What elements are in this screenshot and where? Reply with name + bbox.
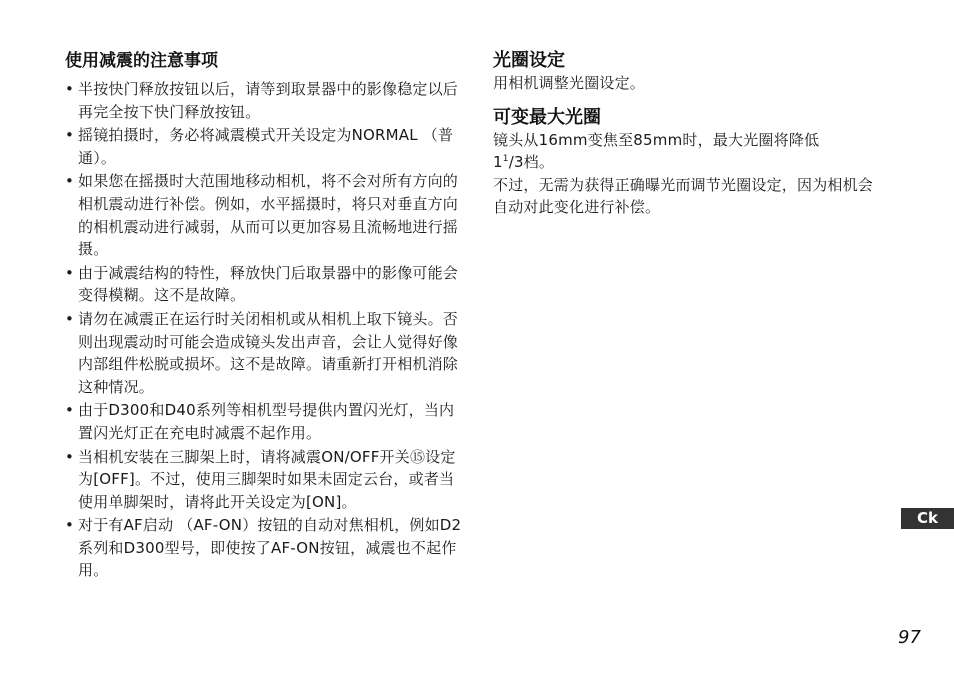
list-item: •由于D300和D40系列等相机型号提供内置闪光灯，当内置闪光灯正在充电时减震不… (65, 399, 465, 444)
vr-notes-list: •半按快门释放按钮以后，请等到取景器中的影像稳定以后再完全按下快门释放按钮。 •… (65, 78, 465, 582)
bullet-icon: • (65, 124, 74, 147)
list-item-text: 当相机安装在三脚架上时，请将减震ON/OFF开关⑮设定为[OFF]。不过，使用三… (78, 448, 456, 511)
bullet-icon: • (65, 399, 74, 422)
list-item-text: 由于D300和D40系列等相机型号提供内置闪光灯，当内置闪光灯正在充电时减震不起… (78, 401, 454, 442)
list-item-text: 请勿在减震正在运行时关闭相机或从相机上取下镜头。否则出现震动时可能会造成镜头发出… (78, 310, 458, 396)
section-title-aperture: 光圈设定 (493, 50, 883, 72)
variable-aperture-text-1: 镜头从16mm变焦至85mm时，最大光圈将降低11/3档。 (493, 129, 883, 174)
list-item-text: 半按快门释放按钮以后，请等到取景器中的影像稳定以后再完全按下快门释放按钮。 (78, 80, 458, 121)
list-item: •请勿在减震正在运行时关闭相机或从相机上取下镜头。否则出现震动时可能会造成镜头发… (65, 308, 465, 398)
bullet-icon: • (65, 514, 74, 537)
variable-aperture-text-2: 不过，无需为获得正确曝光而调节光圈设定，因为相机会自动对此变化进行补偿。 (493, 174, 883, 219)
list-item-text: 摇镜拍摄时，务必将减震模式开关设定为NORMAL （普通）。 (78, 126, 453, 167)
list-item: •半按快门释放按钮以后，请等到取景器中的影像稳定以后再完全按下快门释放按钮。 (65, 78, 465, 123)
vr-notes-section: 使用减震的注意事项 •半按快门释放按钮以后，请等到取景器中的影像稳定以后再完全按… (65, 50, 465, 583)
language-tab: Ck (901, 508, 954, 529)
bullet-icon: • (65, 446, 74, 469)
list-item: •对于有AF启动 （AF-ON）按钮的自动对焦相机，例如D2系列和D300型号，… (65, 514, 465, 582)
list-item: •如果您在摇摄时大范围地移动相机，将不会对所有方向的相机震动进行补偿。例如，水平… (65, 170, 465, 260)
list-item: •摇镜拍摄时，务必将减震模式开关设定为NORMAL （普通）。 (65, 124, 465, 169)
bullet-icon: • (65, 308, 74, 331)
aperture-section: 光圈设定 用相机调整光圈设定。 可变最大光圈 镜头从16mm变焦至85mm时，最… (493, 50, 883, 219)
page-number: 97 (898, 627, 921, 648)
list-item-text: 由于减震结构的特性，释放快门后取景器中的影像可能会变得模糊。这不是故障。 (78, 264, 458, 305)
bullet-icon: • (65, 78, 74, 101)
aperture-text: 用相机调整光圈设定。 (493, 72, 883, 95)
list-item-text: 对于有AF启动 （AF-ON）按钮的自动对焦相机，例如D2系列和D300型号，即… (78, 516, 461, 579)
fraction-rest: /3档。 (509, 153, 554, 171)
fraction-whole: 1 (493, 153, 503, 171)
section-title-vr-notes: 使用减震的注意事项 (65, 50, 465, 72)
list-item: •当相机安装在三脚架上时，请将减震ON/OFF开关⑮设定为[OFF]。不过，使用… (65, 446, 465, 514)
text-segment: 镜头从16mm变焦至85mm时，最大光圈将降低 (493, 131, 819, 149)
bullet-icon: • (65, 262, 74, 285)
section-title-variable-aperture: 可变最大光圈 (493, 107, 883, 129)
list-item: •由于减震结构的特性，释放快门后取景器中的影像可能会变得模糊。这不是故障。 (65, 262, 465, 307)
list-item-text: 如果您在摇摄时大范围地移动相机，将不会对所有方向的相机震动进行补偿。例如，水平摇… (78, 172, 458, 258)
bullet-icon: • (65, 170, 74, 193)
